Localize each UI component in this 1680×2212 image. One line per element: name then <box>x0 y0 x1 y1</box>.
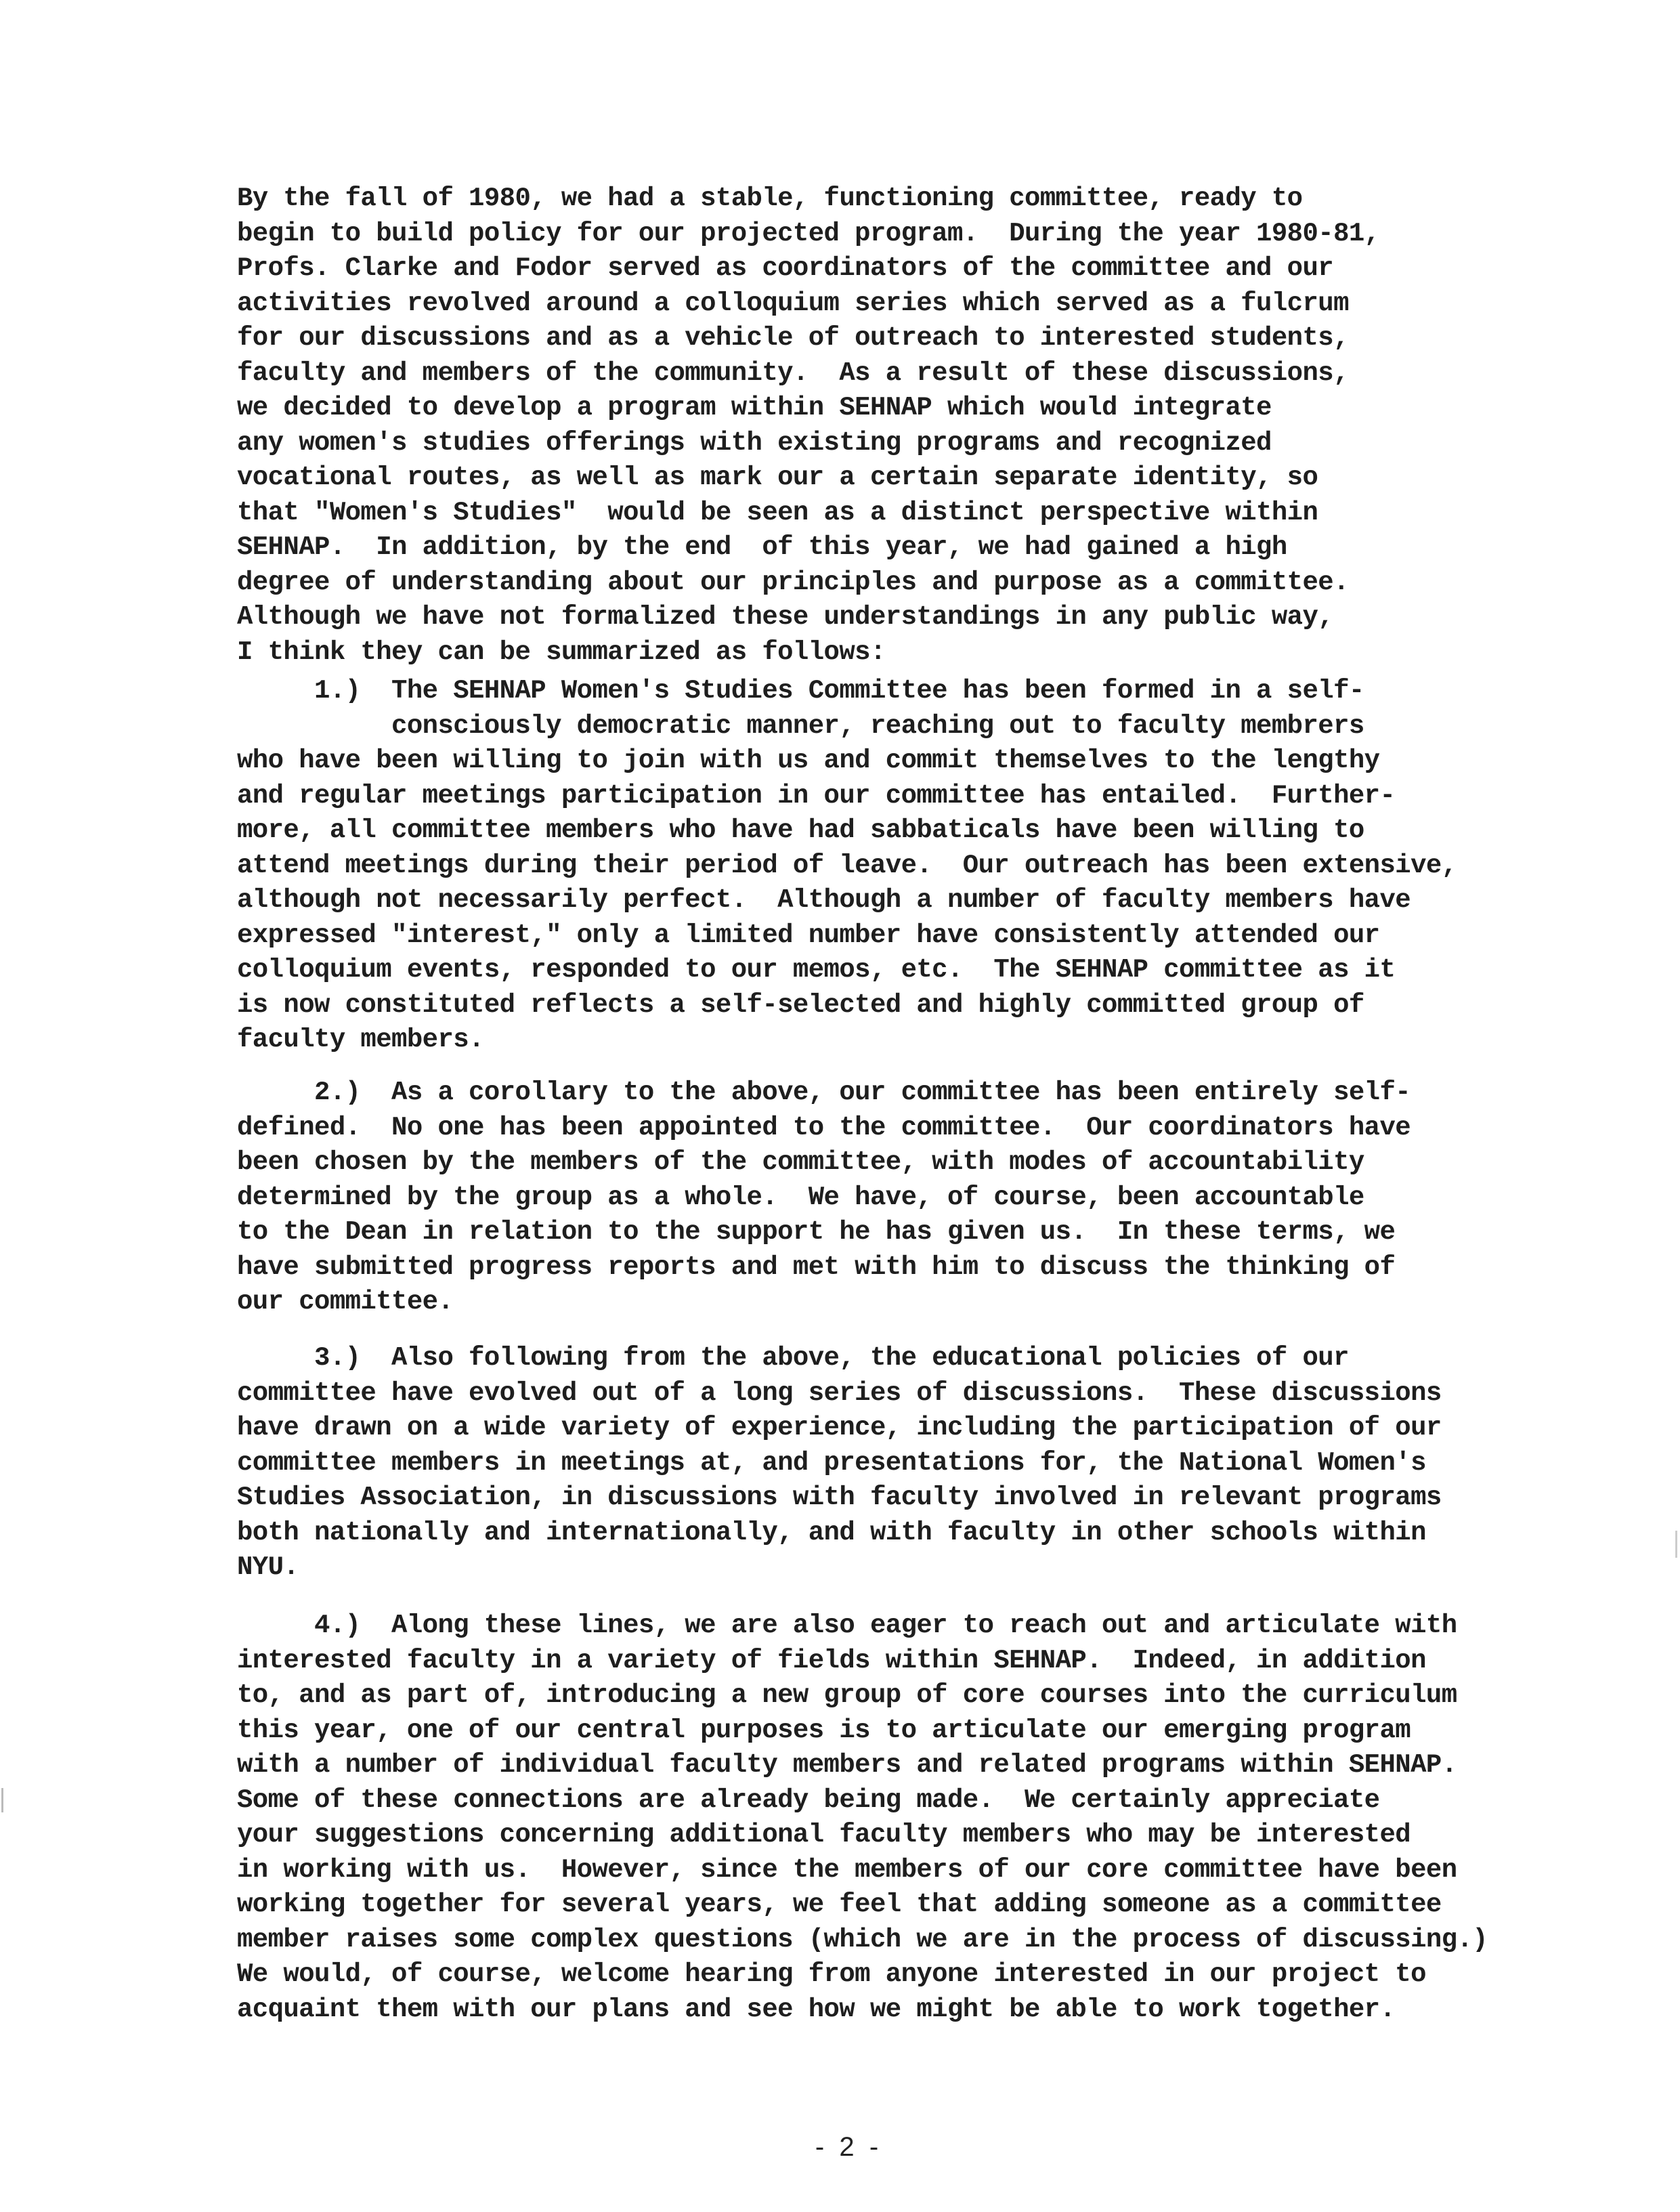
document-page: By the fall of 1980, we had a stable, fu… <box>0 0 1680 2212</box>
text-line: been chosen by the members of the commit… <box>237 1145 1591 1181</box>
text-line: 2.) As a corollary to the above, our com… <box>237 1076 1591 1111</box>
text-line: with a number of individual faculty memb… <box>237 1748 1591 1783</box>
text-line: that "Women's Studies" would be seen as … <box>237 496 1591 531</box>
paragraph-point-3: 3.) Also following from the above, the e… <box>237 1341 1591 1586</box>
text-line: faculty and members of the community. As… <box>237 356 1591 391</box>
text-line: NYU. <box>237 1550 1591 1586</box>
text-line: committee members in meetings at, and pr… <box>237 1446 1591 1481</box>
text-line: I think they can be summarized as follow… <box>237 635 1591 671</box>
text-line: attend meetings during their period of l… <box>237 849 1591 884</box>
paragraph-intro: By the fall of 1980, we had a stable, fu… <box>237 182 1591 670</box>
text-line: Although we have not formalized these un… <box>237 600 1591 635</box>
paragraph-point-4: 4.) Along these lines, we are also eager… <box>237 1609 1591 2027</box>
text-line: Some of these connections are already be… <box>237 1783 1591 1818</box>
page-number: - 2 - <box>7 2132 1680 2163</box>
text-line: working together for several years, we f… <box>237 1888 1591 1923</box>
text-line: 1.) The SEHNAP Women's Studies Committee… <box>237 674 1591 709</box>
text-line: begin to build policy for our projected … <box>237 217 1591 252</box>
text-line: any women's studies offerings with exist… <box>237 426 1591 461</box>
scan-edge-mark-right <box>1675 1531 1677 1558</box>
text-line: expressed "interest," only a limited num… <box>237 918 1591 954</box>
text-line: SEHNAP. In addition, by the end of this … <box>237 530 1591 566</box>
text-line: 3.) Also following from the above, the e… <box>237 1341 1591 1376</box>
text-line: faculty members. <box>237 1023 1591 1058</box>
text-line: and regular meetings participation in ou… <box>237 779 1591 814</box>
text-line: to, and as part of, introducing a new gr… <box>237 1678 1591 1714</box>
text-line: committee have evolved out of a long ser… <box>237 1376 1591 1411</box>
text-line: Studies Association, in discussions with… <box>237 1481 1591 1516</box>
text-line: acquaint them with our plans and see how… <box>237 1993 1591 2028</box>
text-line: defined. No one has been appointed to th… <box>237 1111 1591 1146</box>
text-line: colloquium events, responded to our memo… <box>237 953 1591 988</box>
text-line: more, all committee members who have had… <box>237 813 1591 849</box>
text-line: We would, of course, welcome hearing fro… <box>237 1957 1591 1993</box>
paragraph-point-1: 1.) The SEHNAP Women's Studies Committee… <box>237 674 1591 1058</box>
text-line: By the fall of 1980, we had a stable, fu… <box>237 182 1591 217</box>
text-line: both nationally and internationally, and… <box>237 1516 1591 1551</box>
text-line: activities revolved around a colloquium … <box>237 286 1591 322</box>
scan-edge-mark <box>1 1788 3 1812</box>
text-line: our committee. <box>237 1285 1591 1320</box>
text-line: consciously democratic manner, reaching … <box>237 709 1591 744</box>
text-line: Profs. Clarke and Fodor served as coordi… <box>237 251 1591 286</box>
text-line: interested faculty in a variety of field… <box>237 1644 1591 1679</box>
text-line: vocational routes, as well as mark our a… <box>237 461 1591 496</box>
text-line: although not necessarily perfect. Althou… <box>237 883 1591 918</box>
text-line: we decided to develop a program within S… <box>237 391 1591 426</box>
text-line: determined by the group as a whole. We h… <box>237 1181 1591 1216</box>
text-line: for our discussions and as a vehicle of … <box>237 321 1591 356</box>
text-line: degree of understanding about our princi… <box>237 566 1591 601</box>
text-line: this year, one of our central purposes i… <box>237 1714 1591 1749</box>
paragraph-point-2: 2.) As a corollary to the above, our com… <box>237 1076 1591 1320</box>
text-line: have submitted progress reports and met … <box>237 1250 1591 1285</box>
text-line: 4.) Along these lines, we are also eager… <box>237 1609 1591 1644</box>
text-line: have drawn on a wide variety of experien… <box>237 1411 1591 1446</box>
text-line: who have been willing to join with us an… <box>237 744 1591 779</box>
text-line: to the Dean in relation to the support h… <box>237 1215 1591 1250</box>
text-line: member raises some complex questions (wh… <box>237 1923 1591 1958</box>
text-line: your suggestions concerning additional f… <box>237 1818 1591 1853</box>
text-line: is now constituted reflects a self-selec… <box>237 988 1591 1023</box>
text-line: in working with us. However, since the m… <box>237 1853 1591 1888</box>
